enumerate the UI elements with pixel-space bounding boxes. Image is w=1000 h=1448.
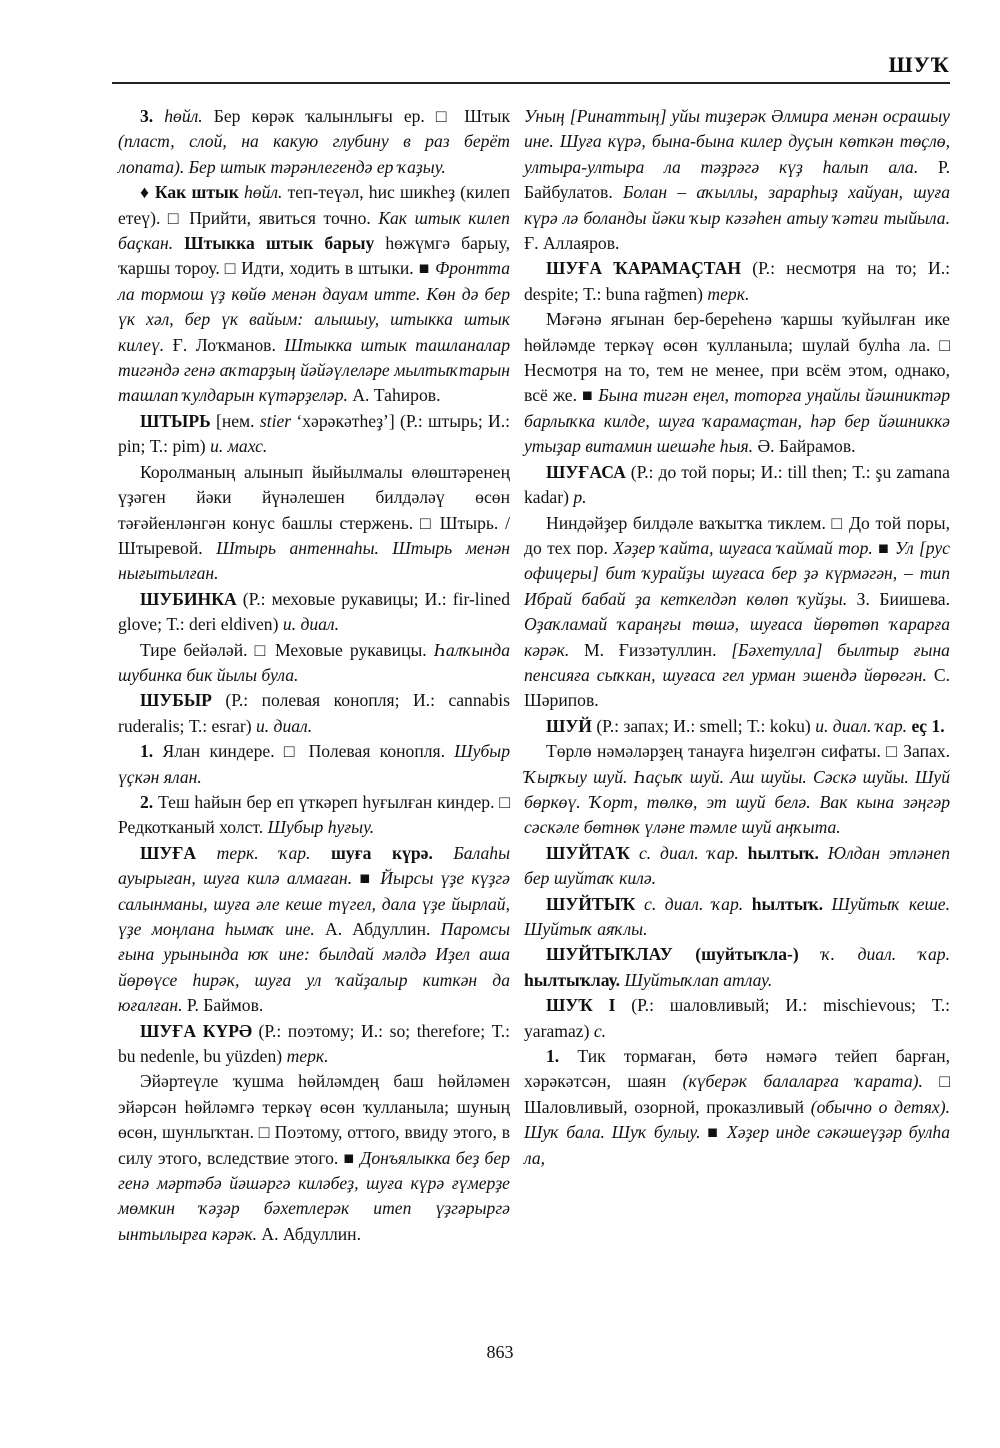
headword-text: ШУБЫР [140,690,212,710]
italic-text: терк. ҡар. [196,843,331,863]
body-text: З. Биишева. [847,589,950,609]
dictionary-paragraph: Төрлө нәмәләрҙең танауға һиҙелгән сифаты… [524,739,950,841]
headword-text: 1. [546,1046,577,1066]
italic-text: Шубыр һуғыу. [268,817,375,837]
dictionary-paragraph: ШУЙТЫҠЛАУ (шуйтыҡла-) ҡ. диал. ҡар. һылт… [524,942,950,993]
headword-text: ШУҠ I [546,995,615,1015]
headword-text: ШУҒА [140,843,196,863]
dictionary-paragraph: ШУҒА КҮРӘ (Р.: поэтому; И.: so; therefor… [118,1019,510,1070]
italic-text: и. диал. [283,614,339,634]
dictionary-paragraph: 1. Тик тормаған, бөтә нәмәгә тейеп барға… [524,1044,950,1171]
italic-text: һөйл. [244,182,282,202]
body-text: [нем. [211,411,260,431]
headword-text: ШУБИНКА [140,589,237,609]
headword-text: һылтыҡлау. [524,970,620,990]
body-text: Төрлө нәмәләрҙең танауға һиҙелгән сифаты… [546,741,950,761]
italic-text: и. диал. [256,716,312,736]
headword-text: ШТЫРЬ [140,411,211,431]
dictionary-paragraph: ШУҒАСА (Р.: до той поры; И.: till then; … [524,460,950,511]
headword-text: ШУҒАСА [546,462,626,482]
italic-text: Шуйтыҡлап атлау. [620,970,772,990]
italic-text: stier [260,411,291,431]
body-text: Р. Баймов. [183,995,264,1015]
dictionary-paragraph: Мәғәнә яғынан бер-береһенә ҡаршы ҡуйылға… [524,307,950,459]
page-header: ШУҠ [112,48,950,84]
dictionary-paragraph: ШУЙТАҠ с. диал. ҡар. һылтыҡ. Юлдан этлән… [524,841,950,892]
dictionary-paragraph: Уның [Ринаттың] уйы тиҙерәк Әлмира менән… [524,104,950,256]
body-text: Ғ. Аллаяров. [524,233,619,253]
right-column: Уның [Ринаттың] уйы тиҙерәк Әлмира менән… [524,104,950,1171]
body-text: (Р.: запах; И.: smell; Т.: koku) [592,716,815,736]
body-text: ■ [701,1122,728,1142]
italic-text: Хәҙер ҡайта, шуғаса ҡаймай тор. [613,538,878,558]
headword-text: 3. [140,106,164,126]
headword-text: 1. [140,741,162,761]
headword-text: Штыкка штык барыу [184,233,374,253]
dictionary-paragraph: Тире бейәләй. □ Меховые рукавицы. Һалҡын… [118,638,510,689]
headword-text: 2. [140,792,158,812]
dictionary-paragraph: Эйәртеүле ҡушма һөйләмдең баш һөйләмен э… [118,1069,510,1247]
dictionary-paragraph: 2. Теш һайын бер еп үткәреп һуғылған кин… [118,790,510,841]
italic-text: и. махс. [210,436,267,456]
headword-text: ШУҒА ҠАРАМАҪТАН [546,258,741,278]
body-text: М. Ғиззәтуллин. [569,640,731,660]
dictionary-paragraph: ШУҠ I (Р.: шаловливый; И.: mischievous; … [524,993,950,1044]
body-text: Ялан киндере. □ Полевая конопля. [162,741,454,761]
italic-text: Ҡырҡыу шуй. Һаҫыҡ шуй. Аш шуйы. Сәскә шу… [524,767,950,838]
dictionary-paragraph: ШУБЫР (Р.: полевая конопля; И.: cannabis… [118,688,510,739]
page-number: 863 [0,1342,1000,1363]
running-head: ШУҠ [888,52,950,78]
italic-text: р. [573,487,586,507]
dictionary-paragraph: 3. һөйл. Бер көрәк ҡалынлығы ер. □ Штык … [118,104,510,180]
headword-text: ШУҒА КҮРӘ [140,1021,252,1041]
body-text: А. Абдуллин. [315,919,441,939]
italic-text: (пласт, слой, на какую глубину в раз бер… [118,131,510,176]
body-text: Ғ. Лоҡманов. [164,335,284,355]
dictionary-paragraph: ♦ Как штык һөйл. теп-теүәл, һис шикһеҙ (… [118,180,510,409]
body-text: А. Абдуллин. [257,1224,361,1244]
dictionary-paragraph: ШТЫРЬ [нем. stier ‘хәрәкәтһеҙ’] (Р.: шты… [118,409,510,460]
dictionary-paragraph: ШУҒА ҠАРАМАҪТАН (Р.: несмотря на то; И.:… [524,256,950,307]
dictionary-paragraph: ШУЙТЫҠ с. диал. ҡар. һылтыҡ. Шуйтыҡ кеше… [524,892,950,943]
headword-text: ♦ Как штык [140,182,244,202]
dictionary-paragraph: Королманың алынып йыйылмалы өлөштәренең … [118,460,510,587]
headword-text: ШУЙТЫҠЛАУ (шуйтыҡла-) [546,944,799,964]
body-text: Тире бейәләй. □ Меховые рукавицы. [140,640,434,660]
headword-text: ШУЙТАҠ [546,843,630,863]
italic-text: һөйл. [164,106,202,126]
dictionary-paragraph: Ниндәйҙер билдәле ваҡытҡа тиклем. □ До т… [524,511,950,714]
headword-text: ШУЙТЫҠ [546,894,636,914]
headword-text: һылтыҡ. [748,843,819,863]
dictionary-paragraph: ШУҒА терк. ҡар. шуға күрә. Балаһы ауырығ… [118,841,510,1019]
body-text: А. Таһиров. [348,385,441,405]
dictionary-paragraph: ШУБИНКА (Р.: меховые рукавицы; И.: fir-l… [118,587,510,638]
headword-text: ШУЙ [546,716,592,736]
italic-text: и. диал. ҡар. [815,716,911,736]
body-text: Бер көрәк ҡалынлығы ер. □ Штык [203,106,510,126]
italic-text: Уның [Ринаттың] уйы тиҙерәк Әлмира менән… [524,106,950,177]
italic-text: терк. [287,1046,329,1066]
headword-text: еҫ 1. [911,716,944,736]
italic-text: с. [594,1021,606,1041]
headword-text: шуға күрә. [331,843,433,863]
dictionary-paragraph: 1. Ялан киндере. □ Полевая конопля. Шубы… [118,739,510,790]
body-text: Ә. Байрамов. [753,436,855,456]
headword-text: һылтыҡ. [752,894,823,914]
body-text: ■ [359,868,380,888]
italic-text: терк. [707,284,749,304]
italic-text: (күберәк балаларға ҡарата). [683,1071,923,1091]
italic-text: ҡ. диал. ҡар. [799,944,950,964]
italic-text: с. диал. ҡар. [636,894,752,914]
left-column: 3. һөйл. Бер көрәк ҡалынлығы ер. □ Штык … [118,104,510,1247]
body-text: ■ [878,538,895,558]
italic-text: с. диал. ҡар. [630,843,748,863]
dictionary-paragraph: ШУЙ (Р.: запах; И.: smell; Т.: koku) и. … [524,714,950,739]
